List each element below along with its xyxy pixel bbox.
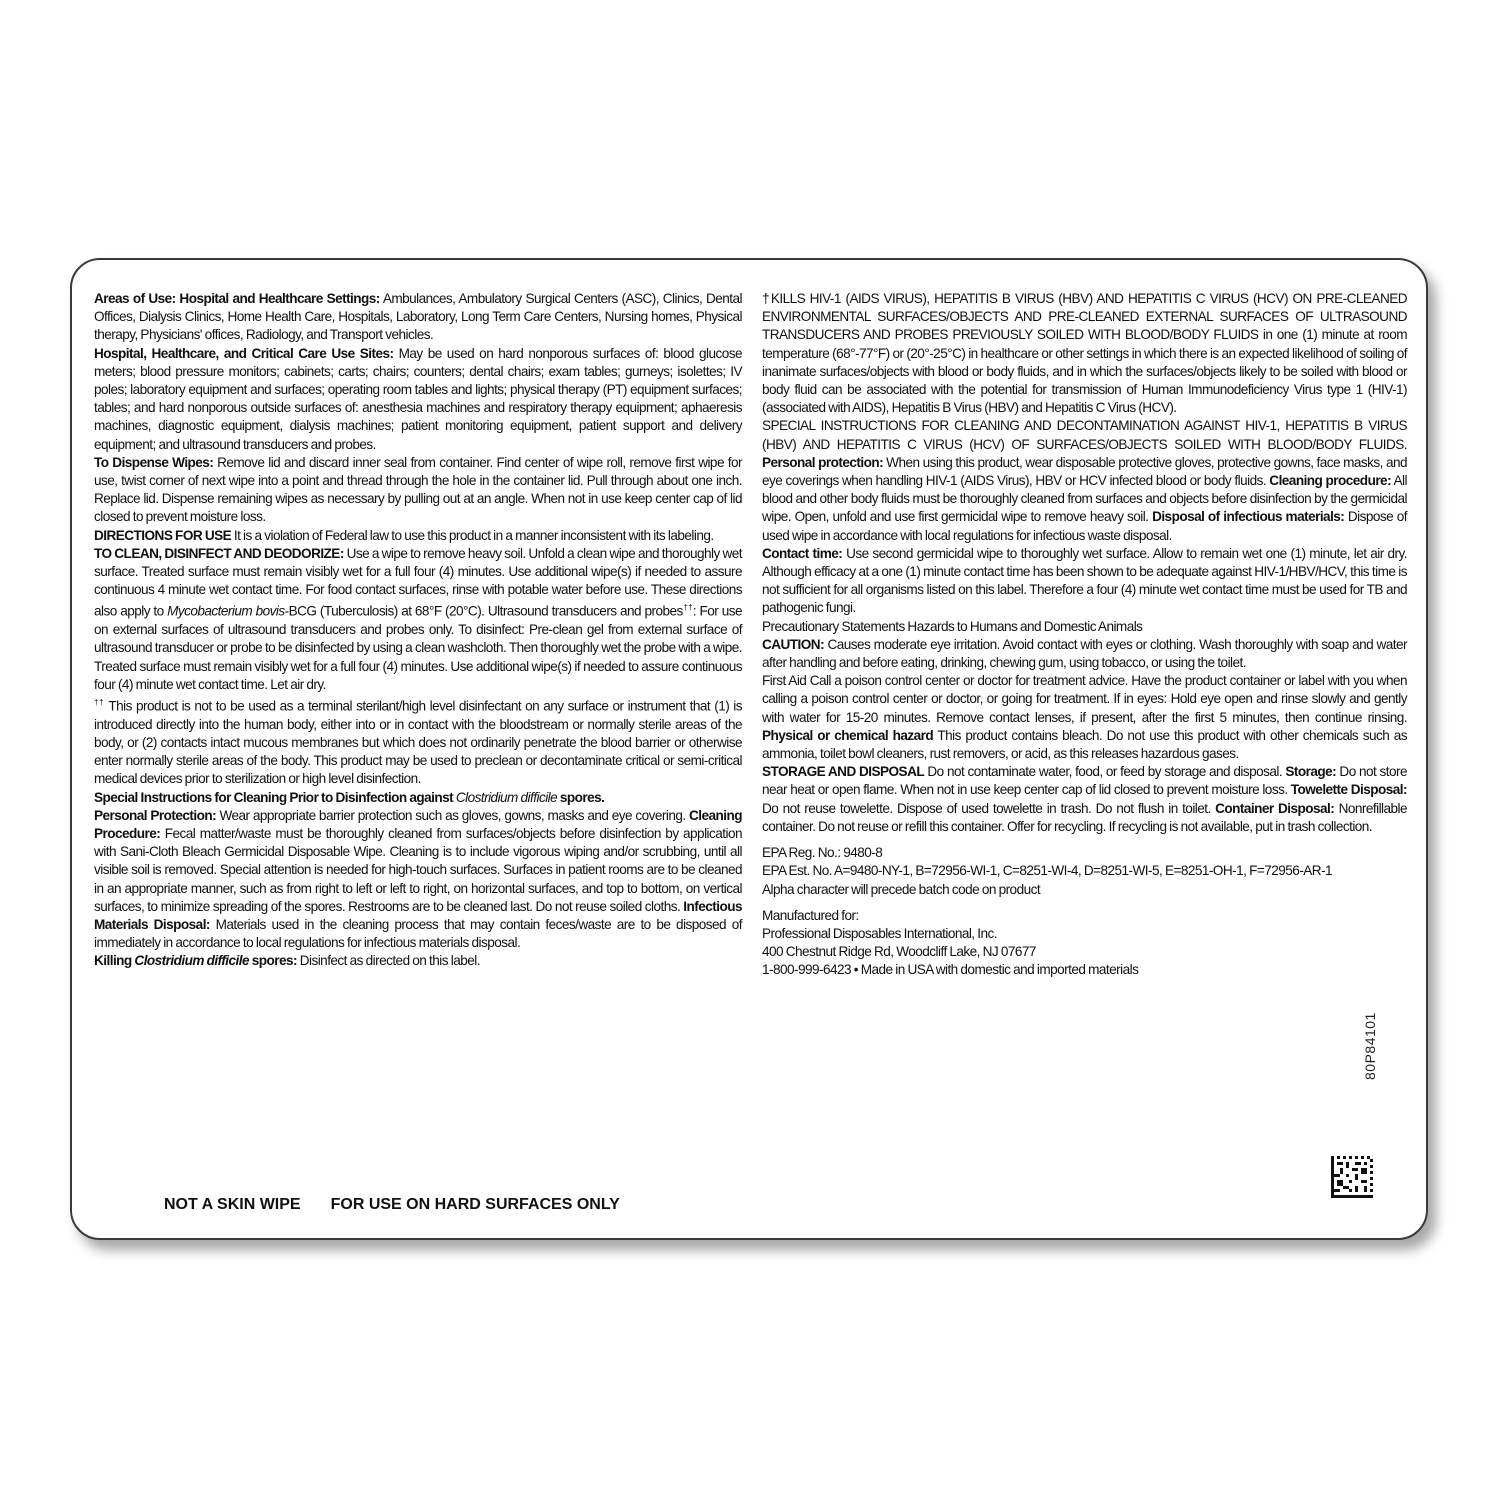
label-left-column: Areas of Use: Hospital and Healthcare Se… (94, 290, 742, 971)
contact-time: Contact time: Use second germicidal wipe… (762, 545, 1407, 618)
datamatrix-barcode-icon (1331, 1156, 1373, 1198)
areas-of-use-heading: Areas of Use: Hospital and Healthcare Se… (94, 291, 380, 306)
dispense-heading: To Dispense Wipes: (94, 455, 213, 470)
footer-notice: NOT A SKIN WIPEFOR USE ON HARD SURFACES … (164, 1196, 620, 1214)
special-instructions: SPECIAL INSTRUCTIONS FOR CLEANING AND DE… (762, 417, 1407, 544)
manufacturer-name: Professional Disposables International, … (762, 925, 1407, 943)
use-sites: Hospital, Healthcare, and Critical Care … (94, 345, 742, 454)
cdiff-instructions: Special Instructions for Cleaning Prior … (94, 789, 742, 953)
kills-claim: †KILLS HIV-1 (AIDS VIRUS), HEPATITIS B V… (762, 290, 1407, 417)
manufactured-for-label: Manufactured for: (762, 907, 1407, 925)
manufacturer-address: 400 Chestnut Ridge Rd, Woodcliff Lake, N… (762, 943, 1407, 961)
manufacturer-info: Manufactured for: Professional Disposabl… (762, 907, 1407, 980)
alpha-note: Alpha character will precede batch code … (762, 881, 1407, 899)
caution: CAUTION: Causes moderate eye irritation.… (762, 636, 1407, 672)
use-sites-heading: Hospital, Healthcare, and Critical Care … (94, 346, 393, 361)
killing-cdiff: Killing Clostridium difficile spores: Di… (94, 952, 742, 970)
epa-info: EPA Reg. No.: 9480-8 EPA Est. No. A=9480… (762, 844, 1407, 899)
footnote: †† This product is not to be used as a t… (94, 694, 742, 789)
epa-reg-no: EPA Reg. No.: 9480-8 (762, 844, 1407, 862)
not-skin-wipe: NOT A SKIN WIPE (164, 1196, 301, 1214)
product-label: Areas of Use: Hospital and Healthcare Se… (70, 258, 1428, 1240)
manufacturer-phone: 1-800-999-6423 • Made in USA with domest… (762, 961, 1407, 979)
clean-heading: TO CLEAN, DISINFECT AND DEODORIZE: (94, 546, 344, 561)
storage-disposal: STORAGE AND DISPOSAL Do not contaminate … (762, 763, 1407, 836)
directions-heading: DIRECTIONS FOR USE (94, 528, 231, 543)
areas-of-use: Areas of Use: Hospital and Healthcare Se… (94, 290, 742, 345)
first-aid: First Aid Call a poison control center o… (762, 672, 1407, 763)
clean-disinfect-deodorize: TO CLEAN, DISINFECT AND DEODORIZE: Use a… (94, 545, 742, 694)
precautionary-statements: Precautionary Statements Hazards to Huma… (762, 618, 1407, 636)
epa-est-no: EPA Est. No. A=9480-NY-1, B=72956-WI-1, … (762, 862, 1407, 880)
label-right-column: †KILLS HIV-1 (AIDS VIRUS), HEPATITIS B V… (762, 290, 1407, 980)
side-code: 80P84101 (1362, 1012, 1378, 1080)
hard-surfaces-only: FOR USE ON HARD SURFACES ONLY (331, 1196, 620, 1214)
dispense-wipes: To Dispense Wipes: Remove lid and discar… (94, 454, 742, 527)
directions-for-use: DIRECTIONS FOR USE It is a violation of … (94, 527, 742, 545)
